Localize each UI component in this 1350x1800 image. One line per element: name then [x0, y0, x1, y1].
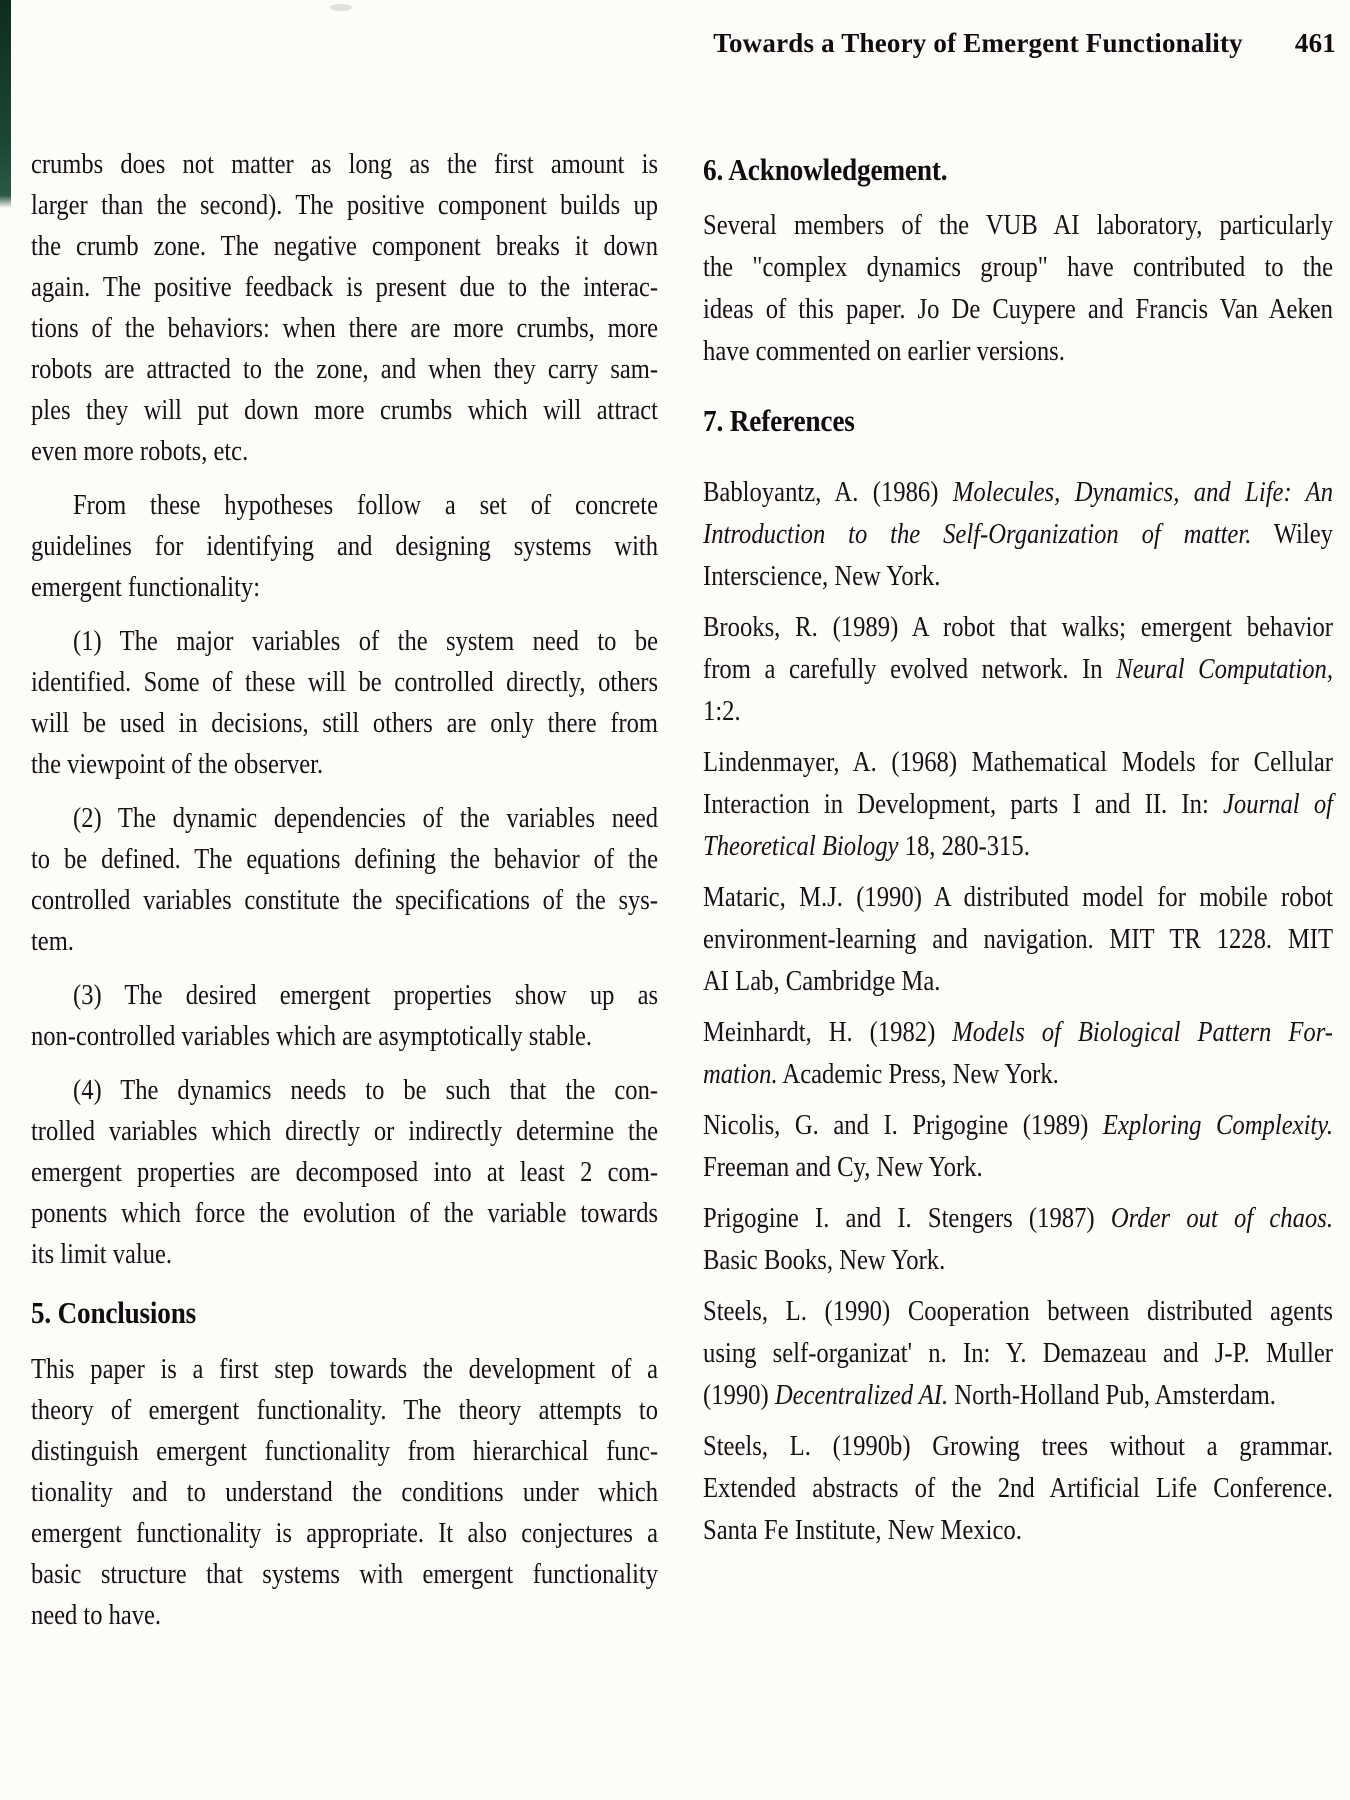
reference-entry: Prigogine I. and I. Stengers (1987) Orde…	[703, 1198, 1333, 1282]
text-line: Lindenmayer, A. (1968) Mathematical Mode…	[703, 742, 1333, 784]
reference-entry: Brooks, R. (1989) A robot that walks; em…	[703, 607, 1333, 733]
text-line: trolled variables which directly or indi…	[31, 1111, 658, 1152]
text-line: Basic Books, New York.	[703, 1240, 1333, 1282]
text-line: Interscience, New York.	[703, 556, 1333, 598]
left-column: crumbs does not matter as long as the fi…	[31, 144, 658, 1649]
text-line: ples they will put down more crumbs whic…	[31, 390, 658, 431]
text-line: identified. Some of these will be contro…	[31, 662, 658, 703]
body-paragraph: (2) The dynamic dependencies of the vari…	[31, 798, 658, 962]
text-line: Nicolis, G. and I. Prigogine (1989) Expl…	[703, 1105, 1333, 1147]
text-line: AI Lab, Cambridge Ma.	[703, 961, 1333, 1003]
text-line: its limit value.	[31, 1234, 658, 1275]
text-line: Prigogine I. and I. Stengers (1987) Orde…	[703, 1198, 1333, 1240]
text-line: mation. Academic Press, New York.	[703, 1054, 1333, 1096]
scanned-paper-page: Towards a Theory of Emergent Functionali…	[0, 0, 1350, 1800]
body-paragraph: (3) The desired emergent properties show…	[31, 975, 658, 1057]
text-line: (3) The desired emergent properties show…	[31, 975, 658, 1016]
text-line: from a carefully evolved network. In Neu…	[703, 649, 1333, 691]
text-line: Steels, L. (1990b) Growing trees without…	[703, 1426, 1333, 1468]
text-line: Several members of the VUB AI laboratory…	[703, 205, 1333, 247]
text-line: larger than the second). The positive co…	[31, 185, 658, 226]
text-line: controlled variables constitute the spec…	[31, 880, 658, 921]
text-line: (2) The dynamic dependencies of the vari…	[31, 798, 658, 839]
text-line: have commented on earlier versions.	[703, 331, 1333, 373]
text-line: Extended abstracts of the 2nd Artificial…	[703, 1468, 1333, 1510]
page-number: 461	[1295, 28, 1336, 59]
right-column: 6. Acknowledgement.Several members of th…	[703, 152, 1333, 1561]
body-paragraph: Several members of the VUB AI laboratory…	[703, 205, 1333, 373]
section-heading: 7. References	[703, 403, 1333, 439]
section-heading: 5. Conclusions	[31, 1295, 658, 1331]
text-line: (4) The dynamics needs to be such that t…	[31, 1070, 658, 1111]
reference-entry: Meinhardt, H. (1982) Models of Biologica…	[703, 1012, 1333, 1096]
text-line: basic structure that systems with emerge…	[31, 1554, 658, 1595]
text-line: need to have.	[31, 1595, 658, 1636]
text-line: emergent properties are decomposed into …	[31, 1152, 658, 1193]
text-line: environment-learning and navigation. MIT…	[703, 919, 1333, 961]
reference-entry: Babloyantz, A. (1986) Molecules, Dynamic…	[703, 472, 1333, 598]
text-line: emergent functionality:	[31, 567, 658, 608]
body-paragraph: This paper is a first step towards the d…	[31, 1349, 658, 1636]
text-line: Santa Fe Institute, New Mexico.	[703, 1510, 1333, 1552]
text-line: This paper is a first step towards the d…	[31, 1349, 658, 1390]
text-line: the crumb zone. The negative component b…	[31, 226, 658, 267]
text-line: distinguish emergent functionality from …	[31, 1431, 658, 1472]
text-line: Steels, L. (1990) Cooperation between di…	[703, 1291, 1333, 1333]
text-line: to be defined. The equations defining th…	[31, 839, 658, 880]
text-line: Babloyantz, A. (1986) Molecules, Dynamic…	[703, 472, 1333, 514]
reference-entry: Mataric, M.J. (1990) A distributed model…	[703, 877, 1333, 1003]
body-paragraph: (1) The major variables of the system ne…	[31, 621, 658, 785]
scan-smudge-artifact	[330, 4, 352, 11]
section-heading: 6. Acknowledgement.	[703, 152, 1333, 188]
text-line: ideas of this paper. Jo De Cuypere and F…	[703, 289, 1333, 331]
text-line: Theoretical Biology 18, 280-315.	[703, 826, 1333, 868]
text-line: Meinhardt, H. (1982) Models of Biologica…	[703, 1012, 1333, 1054]
text-line: From these hypotheses follow a set of co…	[31, 485, 658, 526]
text-line: guidelines for identifying and designing…	[31, 526, 658, 567]
body-paragraph: From these hypotheses follow a set of co…	[31, 485, 658, 608]
text-line: tem.	[31, 921, 658, 962]
reference-entry: Nicolis, G. and I. Prigogine (1989) Expl…	[703, 1105, 1333, 1189]
text-line: Brooks, R. (1989) A robot that walks; em…	[703, 607, 1333, 649]
text-line: ponents which force the evolution of the…	[31, 1193, 658, 1234]
text-line: crumbs does not matter as long as the fi…	[31, 144, 658, 185]
text-line: will be used in decisions, still others …	[31, 703, 658, 744]
text-line: even more robots, etc.	[31, 431, 658, 472]
text-line: robots are attracted to the zone, and wh…	[31, 349, 658, 390]
running-head: Towards a Theory of Emergent Functionali…	[0, 28, 1336, 59]
text-line: again. The positive feedback is present …	[31, 267, 658, 308]
text-line: (1990) Decentralized AI. North-Holland P…	[703, 1375, 1333, 1417]
text-line: 1:2.	[703, 691, 1333, 733]
text-line: Introduction to the Self-Organization of…	[703, 514, 1333, 556]
text-line: non-controlled variables which are asymp…	[31, 1016, 658, 1057]
text-line: emergent functionality is appropriate. I…	[31, 1513, 658, 1554]
text-line: Mataric, M.J. (1990) A distributed model…	[703, 877, 1333, 919]
text-line: the "complex dynamics group" have contri…	[703, 247, 1333, 289]
reference-entry: Steels, L. (1990b) Growing trees without…	[703, 1426, 1333, 1552]
text-line: tionality and to understand the conditio…	[31, 1472, 658, 1513]
text-line: (1) The major variables of the system ne…	[31, 621, 658, 662]
reference-entry: Steels, L. (1990) Cooperation between di…	[703, 1291, 1333, 1417]
text-line: theory of emergent functionality. The th…	[31, 1390, 658, 1431]
text-line: using self-organizat' n. In: Y. Demazeau…	[703, 1333, 1333, 1375]
body-paragraph: crumbs does not matter as long as the fi…	[31, 144, 658, 472]
body-paragraph: (4) The dynamics needs to be such that t…	[31, 1070, 658, 1275]
running-head-title: Towards a Theory of Emergent Functionali…	[713, 28, 1243, 59]
text-line: tions of the behaviors: when there are m…	[31, 308, 658, 349]
text-line: Freeman and Cy, New York.	[703, 1147, 1333, 1189]
reference-entry: Lindenmayer, A. (1968) Mathematical Mode…	[703, 742, 1333, 868]
text-line: the viewpoint of the observer.	[31, 744, 658, 785]
text-line: Interaction in Development, parts I and …	[703, 784, 1333, 826]
